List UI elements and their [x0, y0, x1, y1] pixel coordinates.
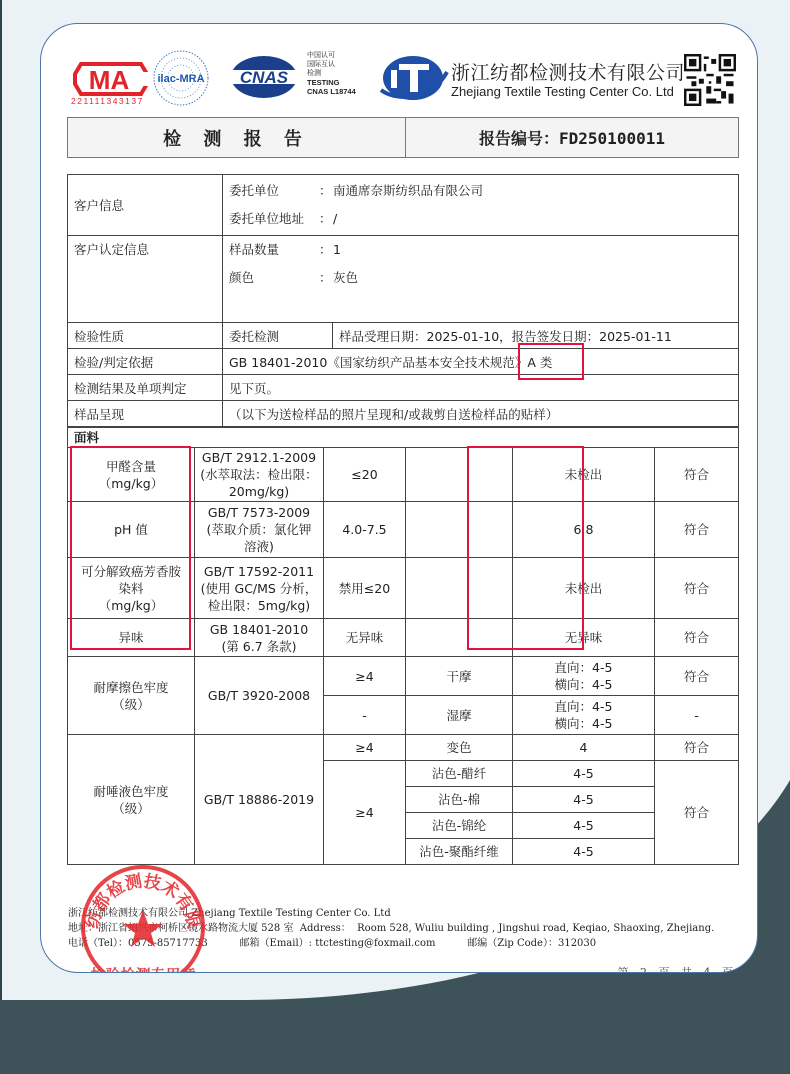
test-method: GB/T 2912.1-2009 (水萃取法：检出限： 20mg/kg) — [195, 448, 324, 502]
test-method: GB/T 18886-2019 — [195, 735, 324, 865]
basis-value: GB 18401-2010《国家纺织产品基本安全技术规范》A 类 — [223, 349, 739, 375]
company-logo-icon — [377, 52, 449, 104]
test-method: GB/T 17592-2011 (使用 GC/MS 分析， 检出限：5mg/kg… — [195, 558, 324, 619]
requirement: - — [324, 696, 406, 735]
customer-confirmed-row: 客户认定信息 样品数量：1 颜色：灰色 — [68, 236, 739, 323]
inspection-nature-value: 委托检测 — [223, 323, 333, 349]
ilac-mra-logo-icon: ilac-MRA — [151, 47, 211, 109]
cnas-accreditation-text: 中国认可 国际互认 检测 TESTING CNAS L18744 — [307, 51, 356, 96]
sub-item: 变色 — [406, 735, 513, 761]
requirement: ≥4 — [324, 657, 406, 696]
table-row: 耐唾液色牢度 （级）GB/T 18886-2019≥4变色4符合 — [68, 735, 739, 761]
test-item: 耐唾液色牢度 （级） — [68, 735, 195, 865]
highlight-box-class — [518, 343, 584, 380]
company-name-en: Zhejiang Textile Testing Center Co. Ltd — [451, 84, 674, 99]
sub-item: 干摩 — [406, 657, 513, 696]
company-name-cn: 浙江纺都检测技术有限公司 — [451, 58, 685, 85]
client-address-value: / — [333, 205, 337, 233]
result-row: 检测结果及单项判定 见下页。 — [68, 375, 739, 401]
test-method: GB/T 3920-2008 — [195, 657, 324, 735]
verdict: 符合 — [655, 558, 739, 619]
svg-text:CNAS: CNAS — [240, 68, 289, 87]
customer-info-values: 委托单位：南通席奈斯纺织品有限公司 委托单位地址：/ — [223, 175, 739, 236]
report-title-bar: 检 测 报 告 报告编号：FD250100011 — [67, 117, 739, 158]
verdict: 符合 — [655, 448, 739, 502]
report-number: 报告编号：FD250100011 — [406, 118, 738, 157]
sample-row: 样品呈现 （以下为送检样品的照片呈现和/或裁剪自送检样品的贴样） — [68, 401, 739, 427]
test-value: 4-5 — [513, 839, 655, 865]
customer-info-row: 客户信息 委托单位：南通席奈斯纺织品有限公司 委托单位地址：/ — [68, 175, 739, 236]
sub-item: 沾色-聚酯纤维 — [406, 839, 513, 865]
section-fabric: 面料 — [68, 428, 739, 448]
highlight-box-items — [70, 446, 191, 650]
basis-row: 检验/判定依据 GB 18401-2010《国家纺织产品基本安全技术规范》A 类 — [68, 349, 739, 375]
inspection-nature-row: 检验性质 委托检测 样品受理日期：2025-01-10，报告签发日期：2025-… — [68, 323, 739, 349]
svg-text:检验检测专用章: 检验检测专用章 — [90, 966, 195, 973]
verdict: 符合 — [655, 657, 739, 696]
test-item: 耐摩擦色牢度 （级） — [68, 657, 195, 735]
requirement: ≤20 — [324, 448, 406, 502]
requirement: 4.0-7.5 — [324, 502, 406, 558]
verdict: 符合 — [655, 502, 739, 558]
test-value: 直向：4-5 横向：4-5 — [513, 696, 655, 735]
verdict: 符合 — [655, 619, 739, 657]
sub-item: 沾色-棉 — [406, 787, 513, 813]
requirement: 无异味 — [324, 619, 406, 657]
sample-value: （以下为送检样品的照片呈现和/或裁剪自送检样品的贴样） — [223, 401, 739, 427]
qr-code-icon[interactable] — [684, 54, 736, 106]
sample-quantity-value: 1 — [333, 236, 341, 264]
report-title: 检 测 报 告 — [68, 118, 406, 157]
verdict: 符合 — [655, 761, 739, 865]
report-info-table: 客户信息 委托单位：南通席奈斯纺织品有限公司 委托单位地址：/ 客户认定信息 样… — [67, 174, 739, 427]
report-page: MA 221111343137 ilac-MRA CNAS 中国认可 国际互认 … — [40, 23, 758, 973]
sub-item: 沾色-锦纶 — [406, 813, 513, 839]
test-method: GB/T 7573-2009 (萃取介质：氯化钾 溶液) — [195, 502, 324, 558]
svg-text:ilac-MRA: ilac-MRA — [157, 73, 204, 85]
verdict: - — [655, 696, 739, 735]
table-row: 耐摩擦色牢度 （级）GB/T 3920-2008≥4干摩直向：4-5 横向：4-… — [68, 657, 739, 696]
customer-confirmed-label: 客户认定信息 — [68, 236, 223, 323]
test-value: 4-5 — [513, 787, 655, 813]
customer-confirmed-values: 样品数量：1 颜色：灰色 — [223, 236, 739, 323]
test-value: 4 — [513, 735, 655, 761]
cma-number: 221111343137 — [71, 96, 144, 106]
client-unit-value: 南通席奈斯纺织品有限公司 — [333, 177, 483, 205]
highlight-box-results — [467, 446, 584, 650]
official-stamp-icon: 浙江纺都检测技术有限公司 检验检测专用章 — [78, 862, 208, 973]
test-value: 直向：4-5 横向：4-5 — [513, 657, 655, 696]
header-logos: MA 221111343137 ilac-MRA CNAS 中国认可 国际互认 … — [41, 24, 758, 119]
sub-item: 湿摩 — [406, 696, 513, 735]
verdict: 符合 — [655, 735, 739, 761]
requirement: ≥4 — [324, 735, 406, 761]
result-value: 见下页。 — [223, 375, 739, 401]
requirement: 禁用≤20 — [324, 558, 406, 619]
requirement: ≥4 — [324, 761, 406, 865]
cnas-logo-icon: CNAS — [229, 54, 299, 100]
color-value: 灰色 — [333, 264, 358, 292]
customer-info-label: 客户信息 — [68, 175, 223, 236]
sub-item: 沾色-醋纤 — [406, 761, 513, 787]
test-value: 4-5 — [513, 761, 655, 787]
test-value: 4-5 — [513, 813, 655, 839]
page-number: 第 2 页 共 4 页 — [618, 964, 737, 973]
svg-text:MA: MA — [89, 65, 130, 95]
test-method: GB 18401-2010 (第 6.7 条款) — [195, 619, 324, 657]
